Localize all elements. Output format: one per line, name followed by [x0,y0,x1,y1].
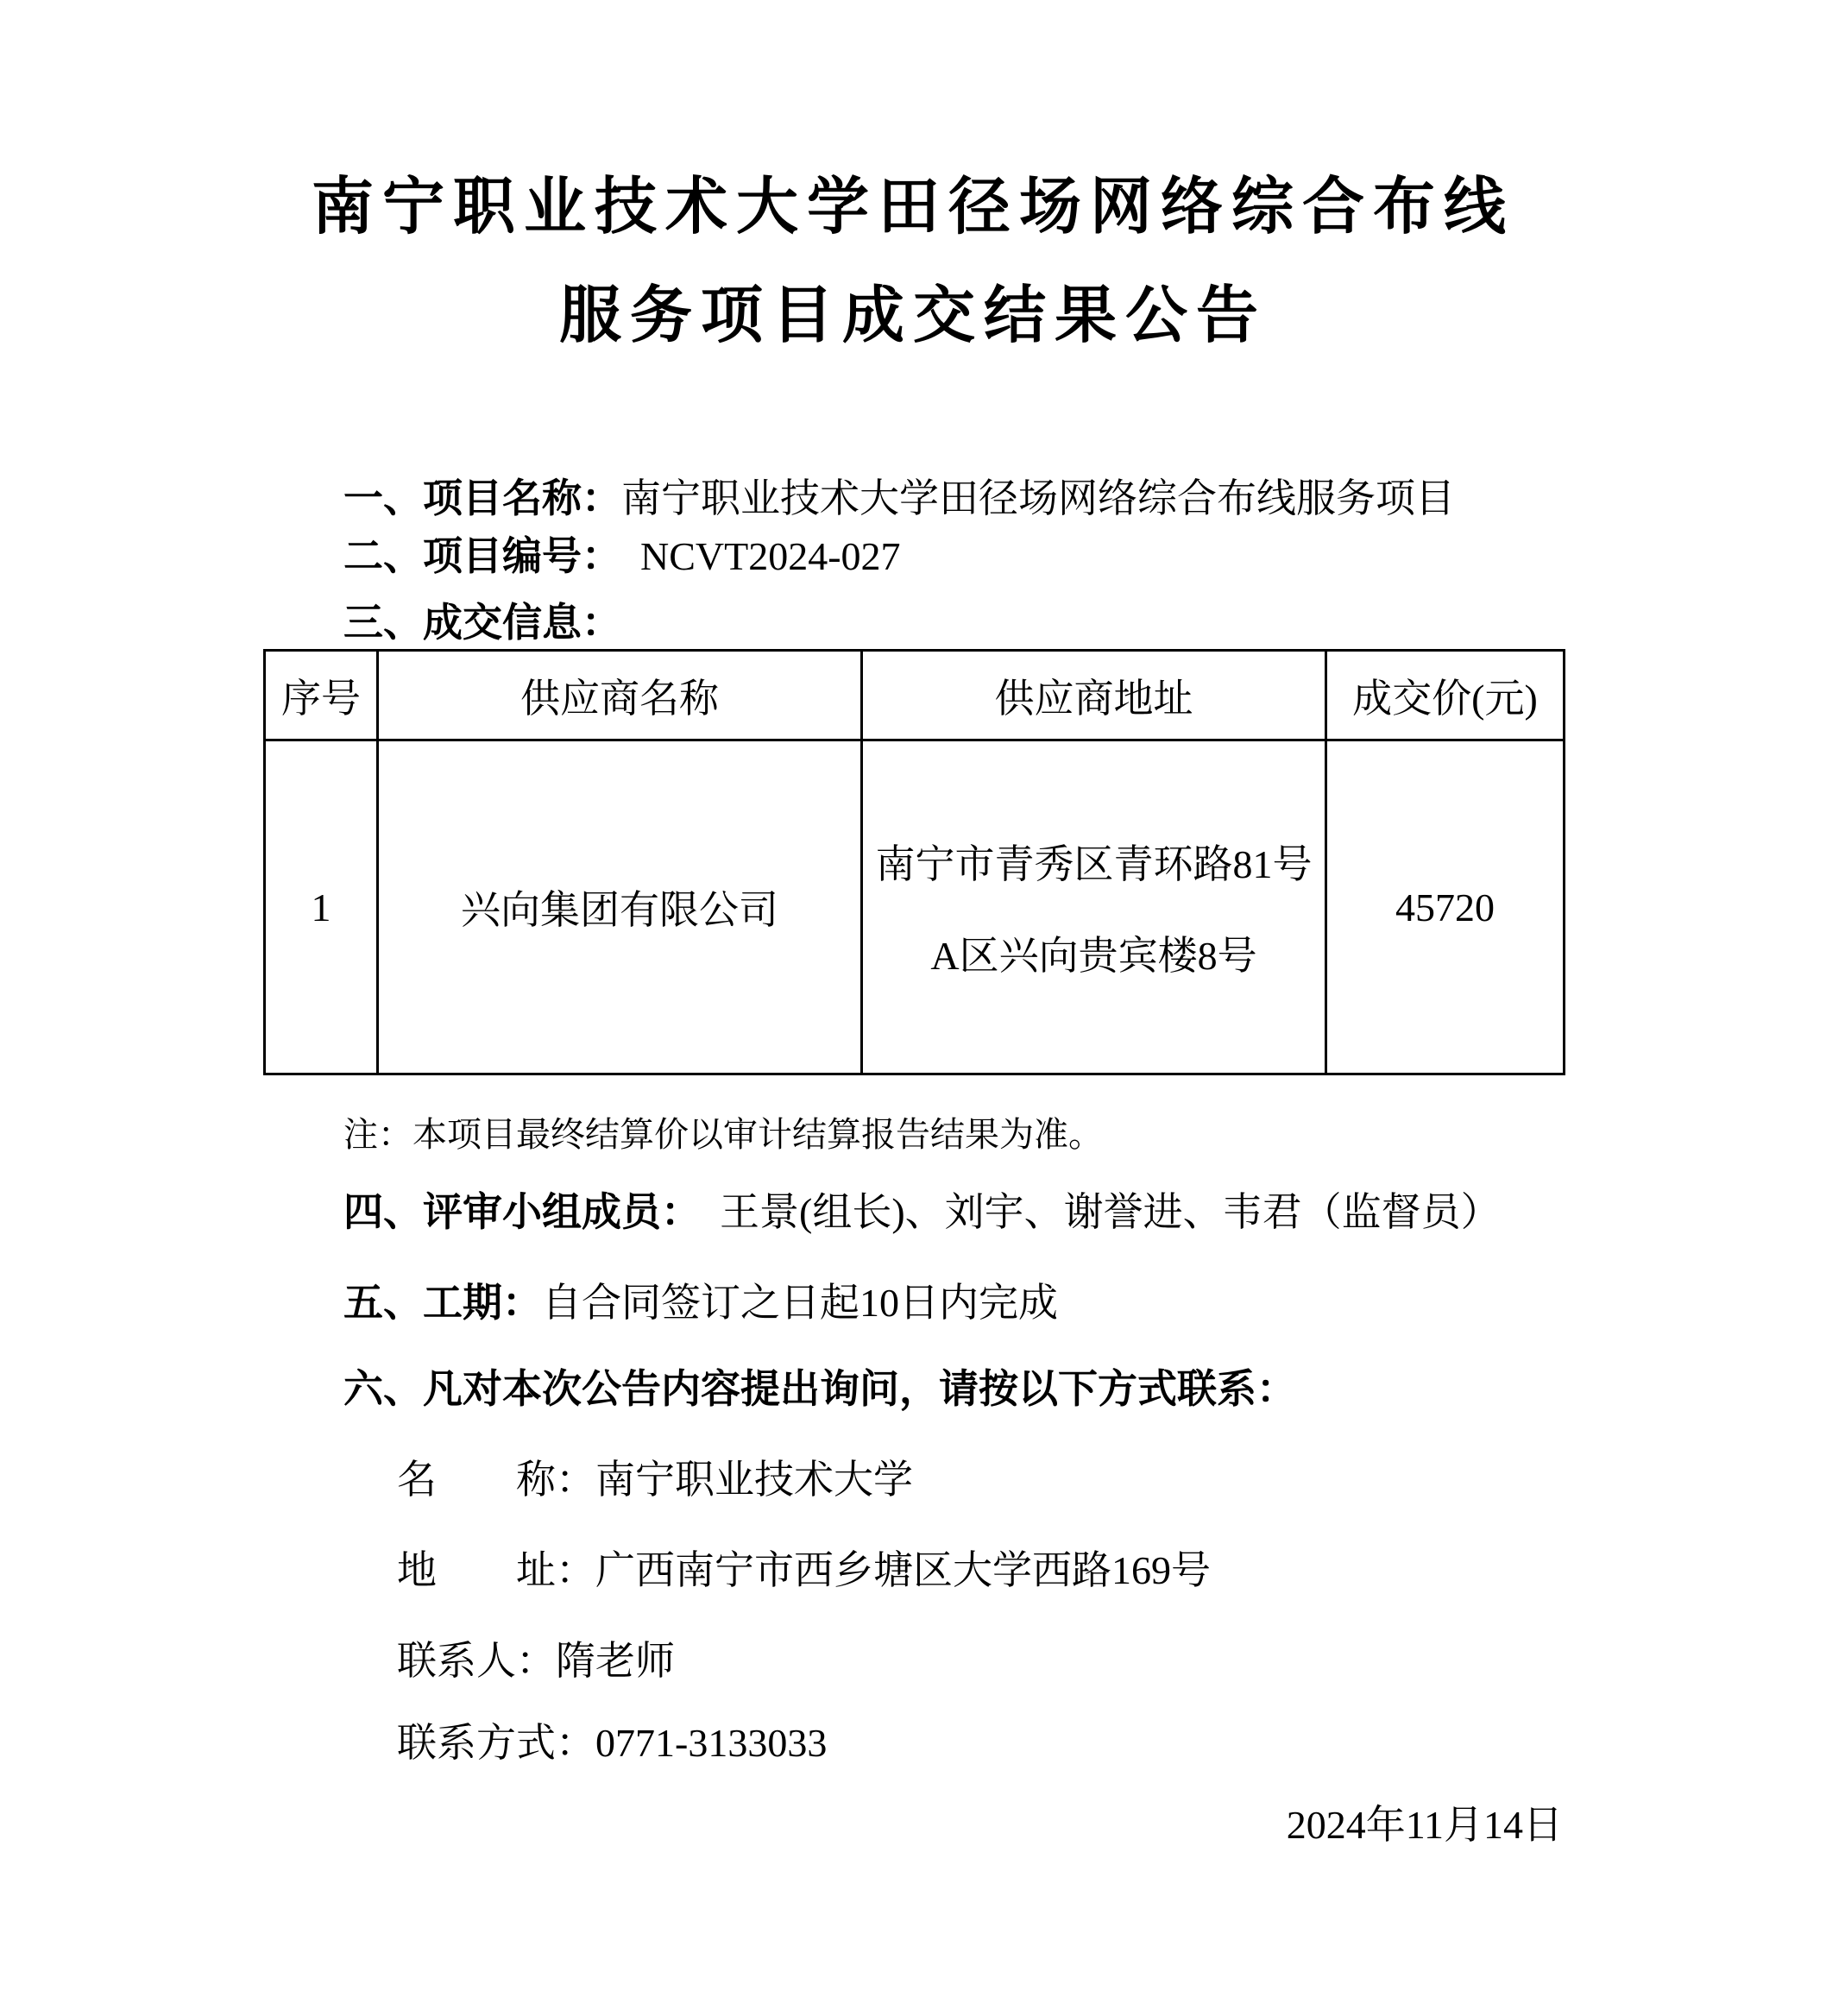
org-address-line: 地 址：广西南宁市西乡塘区大学西路169号 [263,1545,1563,1597]
org-address-value: 广西南宁市西乡塘区大学西路169号 [595,1548,1211,1592]
cell-supplier-address: 南宁市青秀区青环路81号 A区兴向贵宾楼8号 [862,740,1326,1074]
org-address-label: 地 址： [397,1548,595,1592]
review-panel-line: 四、评审小组成员：王景(组长)、刘宇、谢誉进、韦君（监督员） [263,1187,1563,1238]
org-name-value: 南宁职业技术大学 [595,1458,913,1502]
project-name-line: 一、项目名称：南宁职业技术大学田径场网络综合布线服务项目 [263,473,1563,525]
cell-supplier-name: 兴向集团有限公司 [378,740,862,1074]
deal-info-label: 三、成交信息： [343,601,621,645]
table-header-row: 序号 供应商名称 供应商地址 成交价(元) [265,651,1565,740]
document-title: 南宁职业技术大学田径场网络综合布线 服务项目成交结果公告 [0,153,1826,370]
deal-info-line: 三、成交信息： [263,597,1563,649]
work-period-line: 五、工期：自合同签订之日起10日内完成 [263,1277,1563,1329]
contact-person-line: 联系人：隋老师 [263,1635,1563,1687]
project-name-value: 南宁职业技术大学田径场网络综合布线服务项目 [621,476,1455,520]
address-line-2: A区兴向贵宾楼8号 [863,924,1325,981]
contact-person-value: 隋老师 [556,1639,675,1683]
title-line-1: 南宁职业技术大学田径场网络综合布线 [0,153,1826,261]
org-name-line: 名 称：南宁职业技术大学 [263,1454,1563,1506]
org-name-label: 名 称： [397,1458,595,1502]
project-name-label: 一、项目名称： [343,476,621,520]
project-number-line: 二、项目编号：NCVT2024-027 [263,531,1563,583]
work-period-value: 自合同签订之日起10日内完成 [542,1281,1058,1325]
contact-person-label: 联系人： [397,1639,556,1683]
cell-seq-no: 1 [265,740,378,1074]
header-supplier-address: 供应商地址 [862,651,1326,740]
table-row: 1 兴向集团有限公司 南宁市青秀区青环路81号 A区兴向贵宾楼8号 45720 [265,740,1565,1074]
address-line-1: 南宁市青秀区青环路81号 [863,833,1325,890]
result-table: 序号 供应商名称 供应商地址 成交价(元) 1 兴向集团有限公司 南宁市青秀区青… [263,649,1565,1075]
project-number-value: NCVT2024-027 [640,534,901,578]
header-deal-price: 成交价(元) [1326,651,1565,740]
header-seq-no: 序号 [265,651,378,740]
project-number-label: 二、项目编号： [343,534,621,578]
settlement-note: 注：本项目最终结算价以审计结算报告结果为准。 [263,1112,1563,1157]
header-supplier-name: 供应商名称 [378,651,862,740]
inquiry-contact-line: 六、凡对本次公告内容提出询问，请按以下方式联系： [263,1364,1563,1415]
contact-phone-label: 联系方式： [397,1721,595,1765]
title-line-2: 服务项目成交结果公告 [0,261,1826,370]
review-panel-members: 王景(组长)、刘宇、谢誉进、韦君（监督员） [720,1190,1501,1234]
announcement-date: 2024年11月14日 [263,1799,1563,1851]
contact-phone-line: 联系方式：0771-3133033 [263,1717,1563,1769]
announcement-document: 南宁职业技术大学田径场网络综合布线 服务项目成交结果公告 一、项目名称：南宁职业… [0,0,1826,2016]
work-period-label: 五、工期： [343,1281,542,1325]
cell-deal-price: 45720 [1326,740,1565,1074]
contact-phone-value: 0771-3133033 [595,1721,827,1765]
review-panel-label: 四、评审小组成员： [343,1190,701,1234]
